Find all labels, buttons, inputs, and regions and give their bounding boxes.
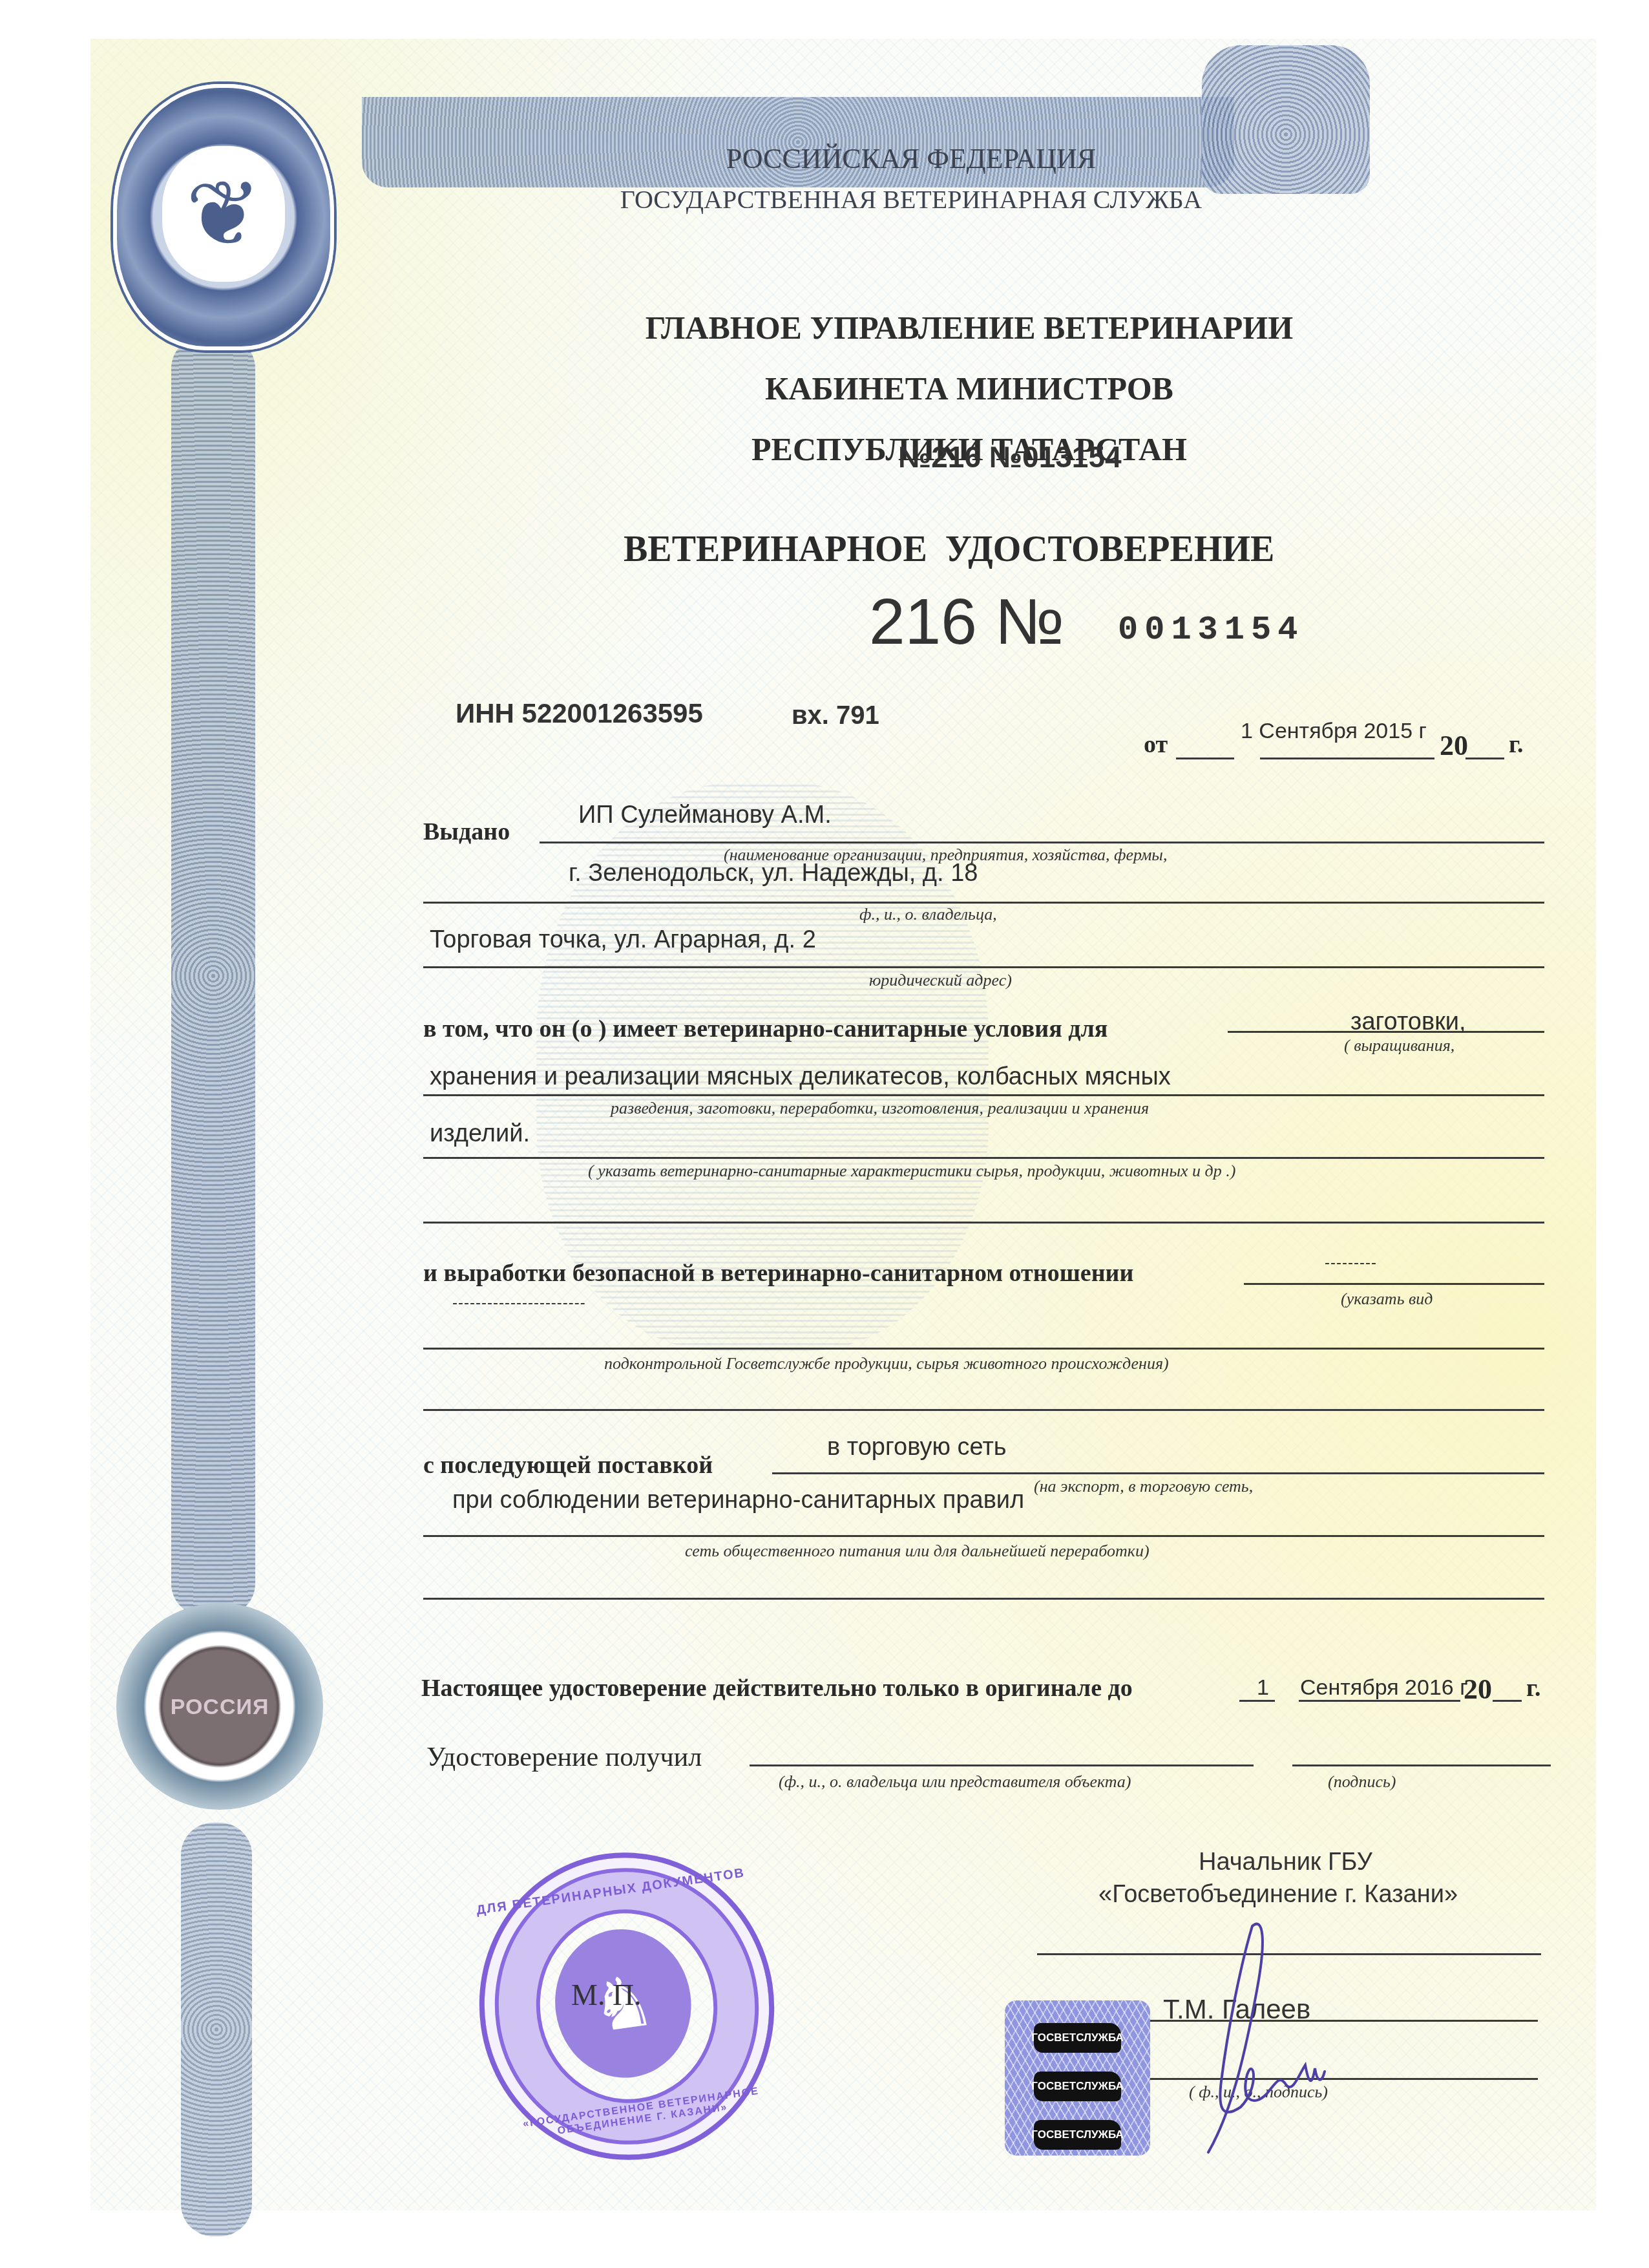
validity-label: Настоящее удостоверение действительно то… [421,1674,1133,1702]
conditions-line-3 [423,1157,1544,1159]
delivery-hint-1: (на экспорт, в торговую сеть, [1034,1477,1253,1496]
conditions-line-4 [423,1222,1544,1224]
conditions-hint-2: разведения, заготовки, переработки, изго… [611,1099,1149,1118]
delivery-hint-2: сеть общественного питания или для дальн… [685,1542,1150,1561]
year-line [1465,758,1504,759]
validity-year-prefix: 20 [1464,1673,1492,1706]
receipt-signature-line[interactable] [1292,1765,1551,1766]
production-line-1 [1244,1283,1544,1285]
ornamental-border-left [171,336,255,1616]
hologram-label-3: ГОСВЕТСЛУЖБА [1034,2120,1121,2150]
production-hint-1: (указать вид [1341,1289,1433,1309]
russia-medallion: РОССИЯ [116,1603,323,1810]
ornamental-border-left-lower [181,1823,252,2236]
issue-date-value: 1 Сентября 2015 г [1241,719,1427,744]
official-position-2: «Госветобъединение г. Казани» [1098,1881,1458,1909]
delivery-value-1: в торговую сеть [827,1434,1007,1461]
address-value: г. Зеленодольск, ул. Надежды, д. 18 [569,860,978,887]
serial-number: 0013154 [1118,611,1304,649]
double-headed-eagle-icon: ❦ [162,146,285,282]
hologram-label-1: ГОСВЕТСЛУЖБА [1034,2023,1121,2053]
ornamental-corner-top-right [1202,45,1370,194]
production-label: и выработки безопасной в ветеринарно-сан… [423,1259,1133,1288]
stamp-place-label: М. П. [571,1978,642,2012]
recipient-value: ИП Сулейманову А.М. [578,801,832,829]
conditions-label: в том, что он (о ) имеет ветеринарно-сан… [423,1015,1108,1043]
delivery-value-2: при соблюдении ветеринарно-санитарных пр… [452,1487,1024,1514]
medallion-text: РОССИЯ [116,1695,323,1720]
delivery-line-3 [423,1598,1544,1600]
authority-line-1: ГЛАВНОЕ УПРАВЛЕНИЕ ВЕТЕРИНАРИИ [607,297,1331,358]
production-line-2 [423,1348,1544,1350]
coat-of-arms-emblem: ❦ [113,84,334,350]
validity-day: 1 [1257,1675,1269,1701]
country-heading: РОССИЙСКАЯ ФЕДЕРАЦИЯ [646,142,1176,175]
official-position-1: Начальник ГБУ [1199,1849,1372,1876]
month-line [1260,758,1434,759]
location-value: Торговая точка, ул. Аграрная, д. 2 [430,926,816,954]
owner-hint: ф., и., о. владельца, [859,905,997,924]
inn: ИНН 522001263595 [456,698,703,729]
recipient-line [540,842,1544,843]
conditions-hint-3: ( указать ветеринарно-санитарные характе… [588,1161,1235,1181]
production-value-1: --------- [1325,1254,1377,1272]
issue-date-suffix: г. [1509,730,1523,759]
conditions-hint-1: ( выращивания, [1344,1036,1455,1055]
conditions-value-2: хранения и реализации мясных деликатесов… [430,1063,1171,1091]
document-title: ВЕТЕРИНАРНОЕ УДОСТОВЕРЕНИЕ [624,529,1274,570]
production-value-2: ----------------------- [452,1294,586,1312]
receipt-name-hint: (ф., и., о. владельца или представителя … [779,1772,1131,1792]
delivery-line-1 [772,1472,1544,1474]
hologram-sticker: ГОСВЕТСЛУЖБА ГОСВЕТСЛУЖБА ГОСВЕТСЛУЖБА [1005,2000,1150,2156]
validity-year-line [1493,1700,1522,1702]
hologram-label-2: ГОСВЕТСЛУЖБА [1034,2072,1121,2101]
receipt-name-line[interactable] [750,1765,1254,1766]
production-line-3 [423,1409,1544,1411]
receipt-label: Удостоверение получил [426,1742,702,1773]
signature-ink [1202,1913,1370,2159]
conditions-value-3: изделий. [430,1120,530,1148]
issue-year-prefix: 20 [1440,729,1468,762]
receipt-signature-hint: (подпись) [1328,1772,1396,1792]
authority-number: №216 №013154 [898,440,1122,474]
delivery-line-2 [423,1535,1544,1537]
delivery-label: с последующей поставкой [423,1451,713,1479]
day-line [1176,758,1234,759]
location-line [423,966,1544,968]
validity-month-year: Сентября 2016 г [1300,1675,1468,1701]
address-line [423,902,1544,904]
legal-address-hint: юридический адрес) [869,971,1012,990]
incoming-number: вх. 791 [792,701,879,730]
production-hint-2: подконтрольной Госветслужбе продукции, с… [604,1354,1169,1373]
issue-date-prefix: от [1144,730,1168,759]
service-heading: ГОСУДАРСТВЕННАЯ ВЕТЕРИНАРНАЯ СЛУЖБА [569,184,1254,215]
issued-label: Выдано [423,818,510,846]
authority-line-2: КАБИНЕТА МИНИСТРОВ [607,358,1331,419]
validity-suffix: г. [1526,1674,1540,1702]
series-label: 216 № [869,585,1064,659]
conditions-value-1: заготовки, [1350,1008,1466,1036]
conditions-line-2 [423,1094,1544,1096]
